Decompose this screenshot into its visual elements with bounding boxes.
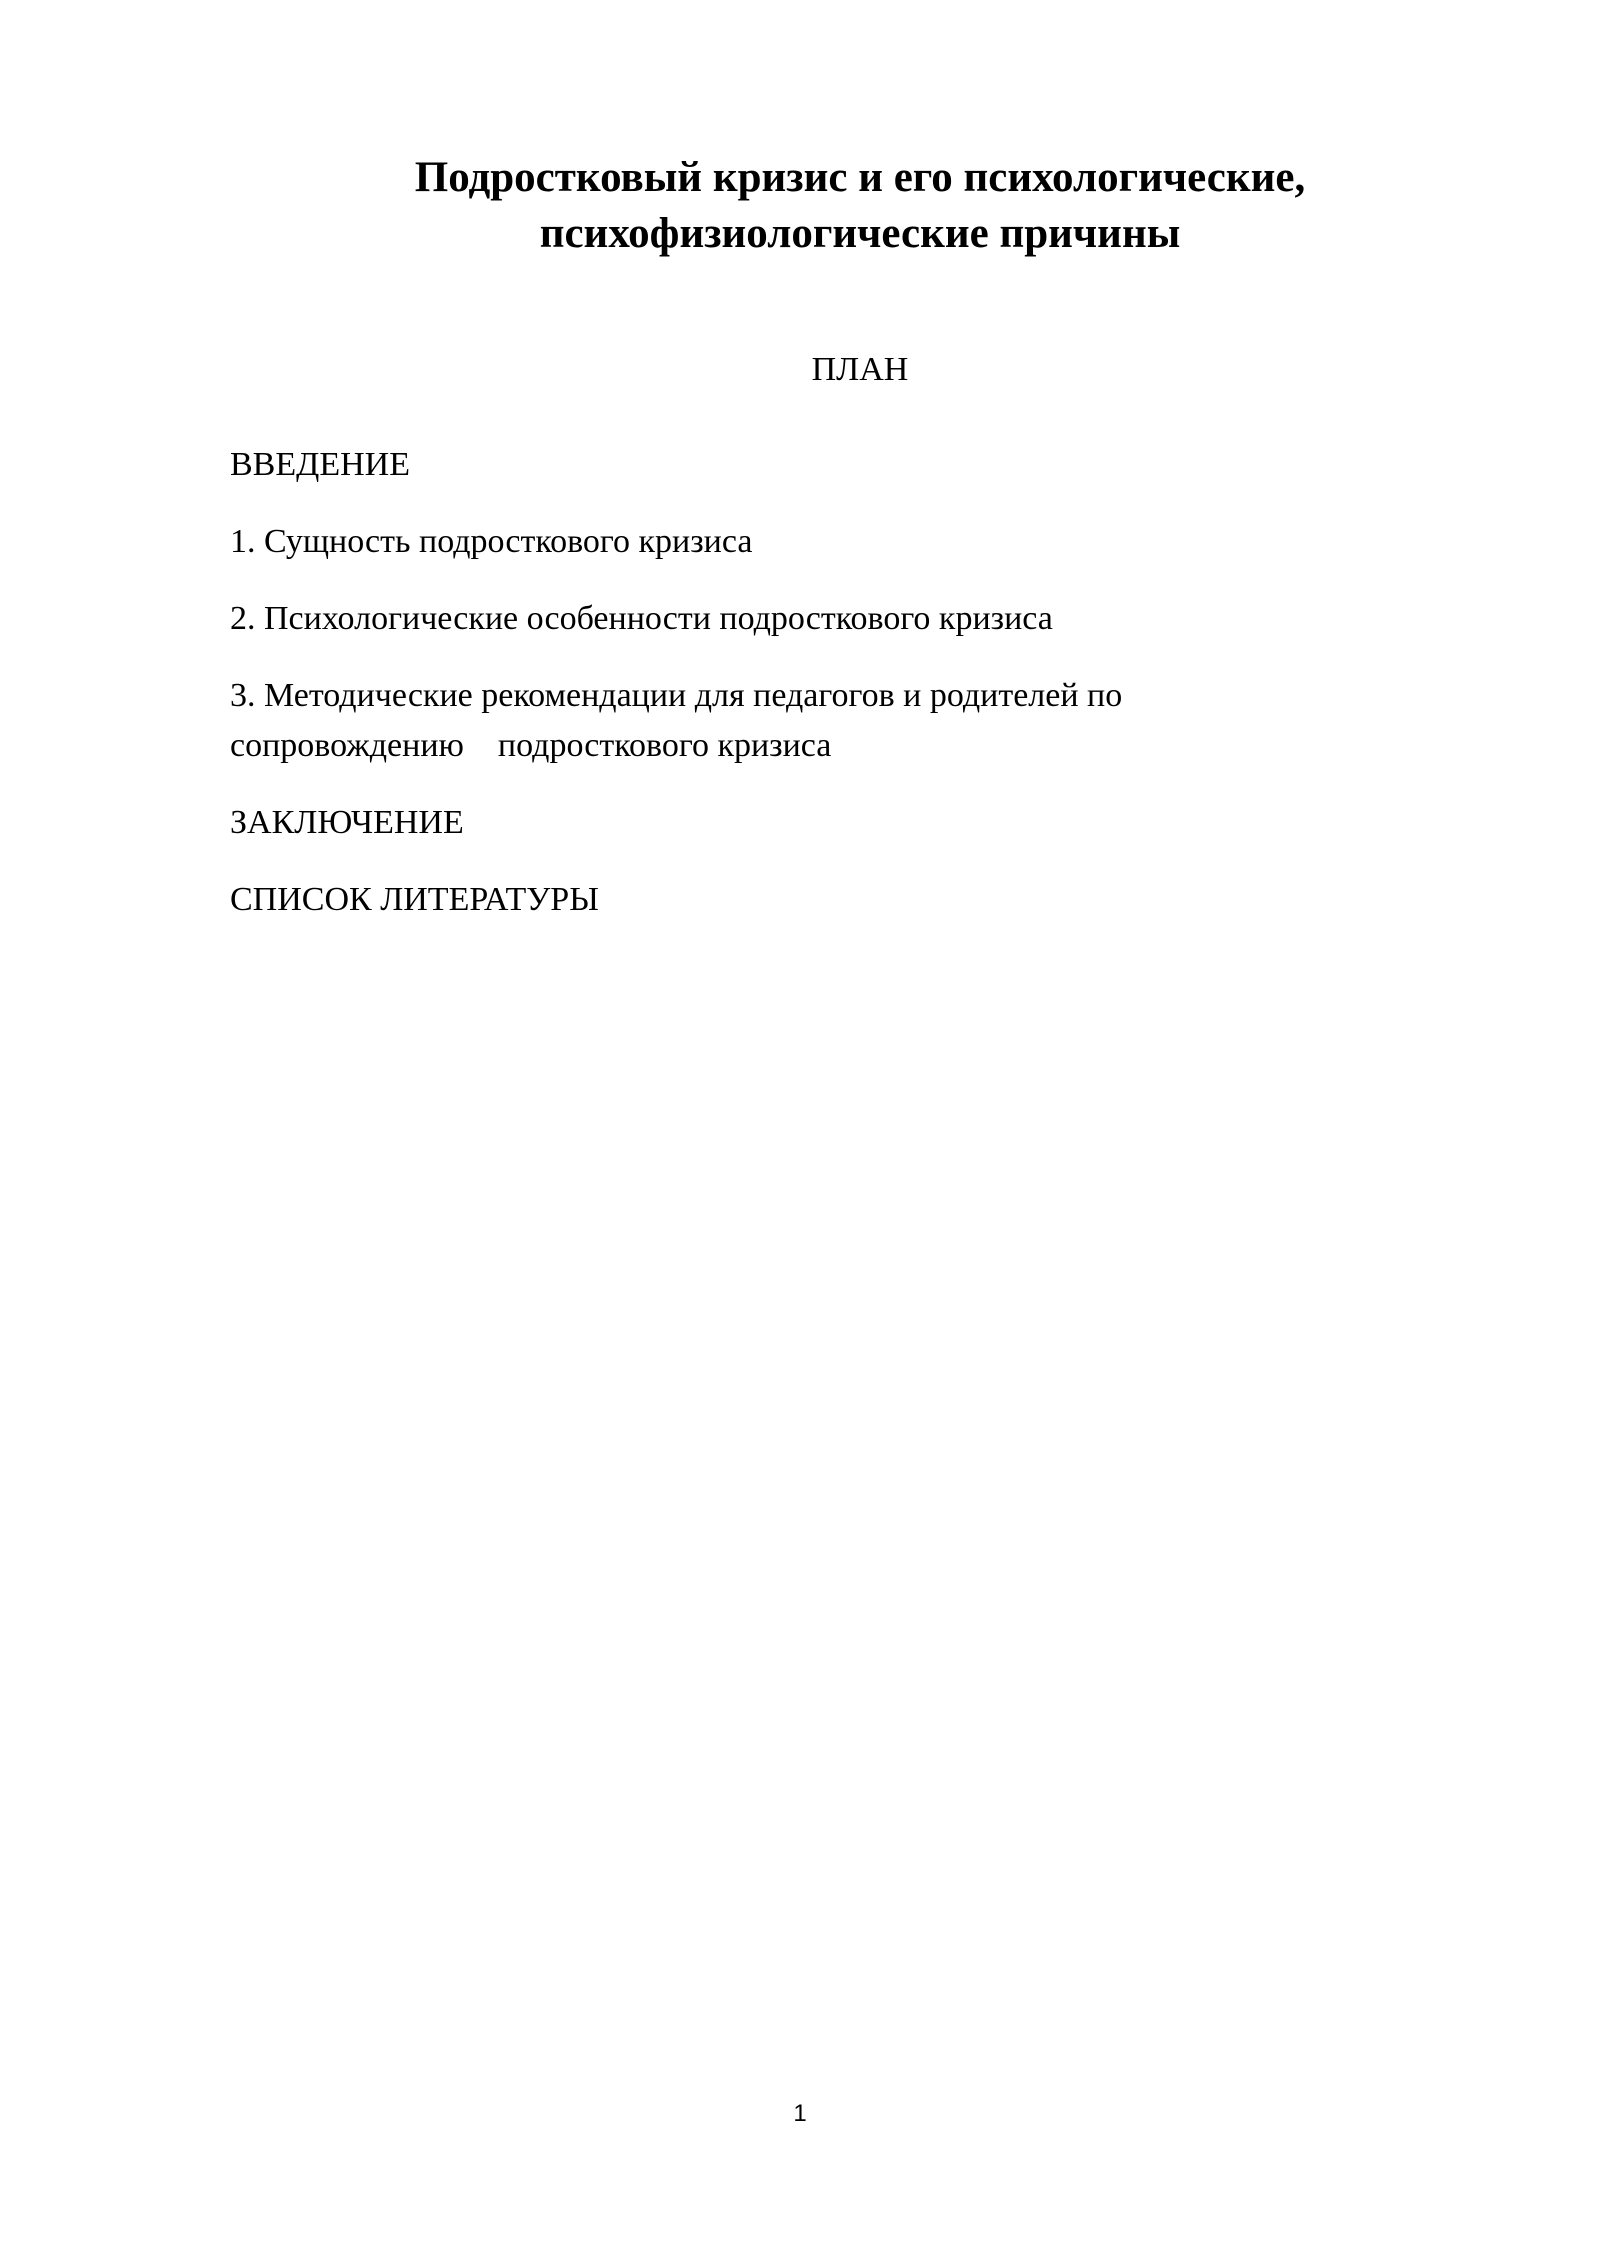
document-title: Подростковый кризис и его психологически…	[230, 150, 1490, 262]
toc-item-introduction: ВВЕДЕНИЕ	[230, 440, 1330, 490]
toc-item-references: СПИСОК ЛИТЕРАТУРЫ	[230, 875, 1330, 925]
title-line-1: Подростковый кризис и его психологически…	[415, 154, 1305, 201]
toc-item-3: 3. Методические рекомендации для педагог…	[230, 671, 1250, 771]
document-page: Подростковый кризис и его психологически…	[0, 0, 1600, 2262]
toc-item-conclusion: ЗАКЛЮЧЕНИЕ	[230, 798, 1330, 848]
table-of-contents: ВВЕДЕНИЕ 1. Сущность подросткового кризи…	[230, 440, 1330, 952]
plan-heading: ПЛАН	[230, 350, 1490, 390]
page-number: 1	[0, 2100, 1600, 2128]
title-line-2: психофизиологические причины	[540, 210, 1181, 257]
toc-item-2: 2. Психологические особенности подростко…	[230, 594, 1330, 644]
toc-item-1: 1. Сущность подросткового кризиса	[230, 517, 1330, 567]
